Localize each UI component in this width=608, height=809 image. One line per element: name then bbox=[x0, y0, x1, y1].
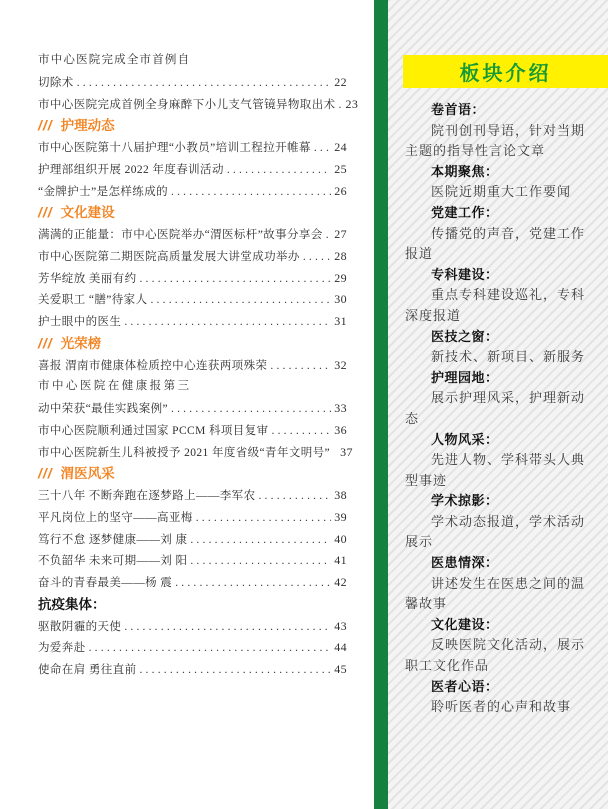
sidebar-section-desc: 新技术、新项目、新服务 bbox=[405, 347, 591, 368]
dot-leader bbox=[171, 182, 331, 204]
sidebar: 板块介绍 卷首语：院刊创刊导语，针对当期主题的指导性言论文章本期聚焦：医院近期重… bbox=[374, 0, 608, 809]
toc-entry: 满满的正能量：市中心医院举办“渭医标杆”故事分享会27 bbox=[38, 224, 347, 246]
toc-page-number: 26 bbox=[334, 181, 347, 203]
toc-entry-title: 市中心医院第二期医院高质量发展大讲堂成功举办 bbox=[38, 247, 300, 269]
toc-page-number: 23 bbox=[346, 94, 359, 116]
toc-page-number: 29 bbox=[334, 268, 347, 290]
toc-entry: 切除术22 bbox=[38, 72, 347, 94]
triple-slash-icon: /// bbox=[38, 333, 53, 355]
table-of-contents: 市中心医院完成全市首例自主胸腔镜经剑突肋缘三孔式胸腺瘤切除术22市中心医院完成首… bbox=[38, 50, 347, 681]
toc-page-number: 33 bbox=[334, 398, 347, 420]
dot-leader bbox=[124, 312, 331, 334]
dot-leader bbox=[190, 551, 331, 573]
toc-entry: 笃行不怠 逐梦健康——刘 康40 bbox=[38, 529, 347, 551]
dot-leader bbox=[89, 638, 332, 660]
toc-entry-title: 市中心医院完成全市首例自主胸腔镜经剑突肋缘三孔式胸腺瘤 bbox=[38, 50, 190, 72]
toc-page-number: 42 bbox=[334, 572, 347, 594]
toc-page-number: 27 bbox=[334, 224, 347, 246]
toc-page-number: 22 bbox=[334, 72, 347, 94]
toc-entry-title: 动中荣获“最佳实践案例” bbox=[38, 399, 168, 421]
toc-page-number: 32 bbox=[334, 355, 347, 377]
toc-entry-title: 市中心医院新生儿科被授予 2021 年度省级“青年文明号” bbox=[38, 443, 330, 465]
toc-entry-title: 不负韶华 未来可期——刘 阳 bbox=[38, 551, 187, 573]
green-accent-strip bbox=[374, 0, 388, 809]
toc-entry-title: 笃行不怠 逐梦健康——刘 康 bbox=[38, 530, 187, 552]
toc-page-number: 24 bbox=[334, 137, 347, 159]
dot-leader bbox=[150, 290, 331, 312]
sidebar-sections: 卷首语：院刊创刊导语，针对当期主题的指导性言论文章本期聚焦：医院近期重大工作要闻… bbox=[405, 100, 591, 718]
toc-entry-title: 驱散阴霾的天使 bbox=[38, 617, 121, 639]
toc-page-number: 43 bbox=[334, 616, 347, 638]
magazine-toc-page: 市中心医院完成全市首例自主胸腔镜经剑突肋缘三孔式胸腺瘤切除术22市中心医院完成首… bbox=[0, 0, 608, 809]
sidebar-section-label: 护理园地： bbox=[405, 368, 591, 389]
toc-entry: 市中心医院顺利通过国家 PCCM 科项目复审36 bbox=[38, 420, 347, 442]
sidebar-section-label: 党建工作： bbox=[405, 203, 591, 224]
toc-entry: 关爱职工 “膳”待家人30 bbox=[38, 289, 347, 311]
toc-entry-title: 芳华绽放 美丽有约 bbox=[38, 269, 136, 291]
triple-slash-icon: /// bbox=[38, 202, 53, 224]
section-intro-banner: 板块介绍 bbox=[403, 55, 608, 88]
dot-leader bbox=[314, 138, 331, 160]
toc-entry: 护理部组织开展 2022 年度春训活动25 bbox=[38, 159, 347, 181]
sidebar-section-label: 卷首语： bbox=[405, 100, 591, 121]
sidebar-section-desc: 讲述发生在医患之间的温馨故事 bbox=[405, 574, 591, 615]
triple-slash-icon: /// bbox=[38, 463, 53, 485]
sidebar-section-label: 医技之窗： bbox=[405, 327, 591, 348]
toc-entry-title: 三十八年 不断奔跑在逐梦路上——李军农 bbox=[38, 486, 255, 508]
sidebar-section-desc: 医院近期重大工作要闻 bbox=[405, 182, 591, 203]
toc-page-number: 30 bbox=[334, 289, 347, 311]
toc-section-title: 渭医风采 bbox=[61, 463, 115, 485]
sidebar-section-desc: 反映医院文化活动，展示职工文化作品 bbox=[405, 635, 591, 676]
toc-section-header: ///护理动态 bbox=[38, 115, 347, 137]
dot-leader bbox=[303, 247, 331, 269]
toc-entry: 使命在肩 勇往直前45 bbox=[38, 659, 347, 681]
dot-leader bbox=[77, 73, 331, 95]
sidebar-section-label: 医者心语： bbox=[405, 677, 591, 698]
toc-section-header: ///文化建设 bbox=[38, 202, 347, 224]
toc-section-title: 文化建设 bbox=[61, 202, 115, 224]
dot-leader bbox=[190, 530, 331, 552]
toc-section-header: ///渭医风采 bbox=[38, 463, 347, 485]
toc-page-number: 44 bbox=[334, 637, 347, 659]
toc-entry-title: 喜报 渭南市健康体检质控中心连获两项殊荣 bbox=[38, 356, 267, 378]
toc-entry-title: 切除术 bbox=[38, 73, 74, 95]
toc-entry: 护士眼中的医生31 bbox=[38, 311, 347, 333]
dot-leader bbox=[139, 269, 331, 291]
sidebar-section-desc: 院刊创刊导语，针对当期主题的指导性言论文章 bbox=[405, 121, 591, 162]
toc-entry: 三十八年 不断奔跑在逐梦路上——李军农38 bbox=[38, 485, 347, 507]
toc-page-number: 28 bbox=[334, 246, 347, 268]
toc-section-title: 护理动态 bbox=[61, 115, 115, 137]
dot-leader bbox=[339, 95, 343, 117]
toc-entry: 平凡岗位上的坚守——高亚梅39 bbox=[38, 507, 347, 529]
dot-leader bbox=[139, 660, 331, 682]
dot-leader bbox=[196, 508, 331, 530]
toc-entry-title: 为爱奔赴 bbox=[38, 638, 86, 660]
toc-entry-title: 市中心医院顺利通过国家 PCCM 科项目复审 bbox=[38, 421, 269, 443]
toc-entry-title: 市中心医院完成首例全身麻醉下小儿支气管镜异物取出术 bbox=[38, 95, 336, 117]
toc-entry-title: 护理部组织开展 2022 年度春训活动 bbox=[38, 160, 224, 182]
toc-entry: 市中心医院新生儿科被授予 2021 年度省级“青年文明号”37 bbox=[38, 442, 347, 464]
sidebar-section-desc: 传播党的声音，党建工作报道 bbox=[405, 224, 591, 265]
sidebar-section-label: 文化建设： bbox=[405, 615, 591, 636]
sidebar-section-label: 专科建设： bbox=[405, 265, 591, 286]
dot-leader bbox=[258, 486, 331, 508]
toc-entry: 为爱奔赴44 bbox=[38, 637, 347, 659]
sidebar-section-desc: 学术动态报道，学术活动展示 bbox=[405, 512, 591, 553]
toc-entry: 市中心医院完成全市首例自主胸腔镜经剑突肋缘三孔式胸腺瘤 bbox=[38, 50, 347, 72]
dot-leader bbox=[124, 617, 331, 639]
toc-entry: 奋斗的青春最美——杨 震42 bbox=[38, 572, 347, 594]
dot-leader bbox=[326, 225, 331, 247]
dot-leader bbox=[227, 160, 331, 182]
dot-leader bbox=[270, 356, 331, 378]
toc-entry-title: 使命在肩 勇往直前 bbox=[38, 660, 136, 682]
dot-leader bbox=[171, 399, 331, 421]
sidebar-section-desc: 重点专科建设巡礼，专科深度报道 bbox=[405, 285, 591, 326]
toc-entry: 芳华绽放 美丽有约29 bbox=[38, 268, 347, 290]
toc-entry: 不负韶华 未来可期——刘 阳41 bbox=[38, 550, 347, 572]
toc-page-number: 37 bbox=[340, 442, 353, 464]
toc-entry: 市中心医院完成首例全身麻醉下小儿支气管镜异物取出术23 bbox=[38, 94, 347, 116]
toc-entry-title: 市中心医院在健康报第三届“寻找卫生健康党建创新案例”活 bbox=[38, 376, 190, 398]
sidebar-section-label: 本期聚焦： bbox=[405, 162, 591, 183]
toc-section-header: ///光荣榜 bbox=[38, 333, 347, 355]
toc-page-number: 41 bbox=[334, 550, 347, 572]
dot-leader bbox=[272, 421, 332, 443]
toc-entry: 喜报 渭南市健康体检质控中心连获两项殊荣32 bbox=[38, 355, 347, 377]
sidebar-section-desc: 展示护理风采，护理新动态 bbox=[405, 388, 591, 429]
toc-entry: 驱散阴霾的天使43 bbox=[38, 616, 347, 638]
toc-page-number: 31 bbox=[334, 311, 347, 333]
toc-entry: 动中荣获“最佳实践案例”33 bbox=[38, 398, 347, 420]
dot-leader bbox=[175, 573, 331, 595]
sidebar-section-desc: 聆听医者的心声和故事 bbox=[405, 697, 591, 718]
sidebar-section-label: 人物风采： bbox=[405, 430, 591, 451]
toc-entry-title: 满满的正能量：市中心医院举办“渭医标杆”故事分享会 bbox=[38, 225, 323, 247]
toc-entry-title: 关爱职工 “膳”待家人 bbox=[38, 290, 147, 312]
toc-entry-title: “金牌护士”是怎样练成的 bbox=[38, 182, 168, 204]
toc-page-number: 25 bbox=[334, 159, 347, 181]
toc-entry-title: 护士眼中的医生 bbox=[38, 312, 121, 334]
toc-entry: 市中心医院在健康报第三届“寻找卫生健康党建创新案例”活 bbox=[38, 376, 347, 398]
toc-entry: 市中心医院第十八届护理“小教员”培训工程拉开帷幕24 bbox=[38, 137, 347, 159]
toc-page-number: 38 bbox=[334, 485, 347, 507]
toc-section-title: 光荣榜 bbox=[61, 333, 102, 355]
toc-page-number: 39 bbox=[334, 507, 347, 529]
toc-entry: “金牌护士”是怎样练成的26 bbox=[38, 181, 347, 203]
toc-page-number: 40 bbox=[334, 529, 347, 551]
sidebar-section-label: 学术掠影： bbox=[405, 491, 591, 512]
section-intro-title: 板块介绍 bbox=[460, 57, 552, 86]
toc-subsection-header: 抗疫集体： bbox=[38, 594, 347, 616]
toc-entry-title: 市中心医院第十八届护理“小教员”培训工程拉开帷幕 bbox=[38, 138, 311, 160]
triple-slash-icon: /// bbox=[38, 115, 53, 137]
sidebar-section-label: 医患情深： bbox=[405, 553, 591, 574]
toc-page-number: 45 bbox=[334, 659, 347, 681]
sidebar-section-desc: 先进人物、学科带头人典型事迹 bbox=[405, 450, 591, 491]
toc-entry-title: 奋斗的青春最美——杨 震 bbox=[38, 573, 172, 595]
toc-page-number: 36 bbox=[334, 420, 347, 442]
toc-entry-title: 平凡岗位上的坚守——高亚梅 bbox=[38, 508, 193, 530]
toc-entry: 市中心医院第二期医院高质量发展大讲堂成功举办28 bbox=[38, 246, 347, 268]
